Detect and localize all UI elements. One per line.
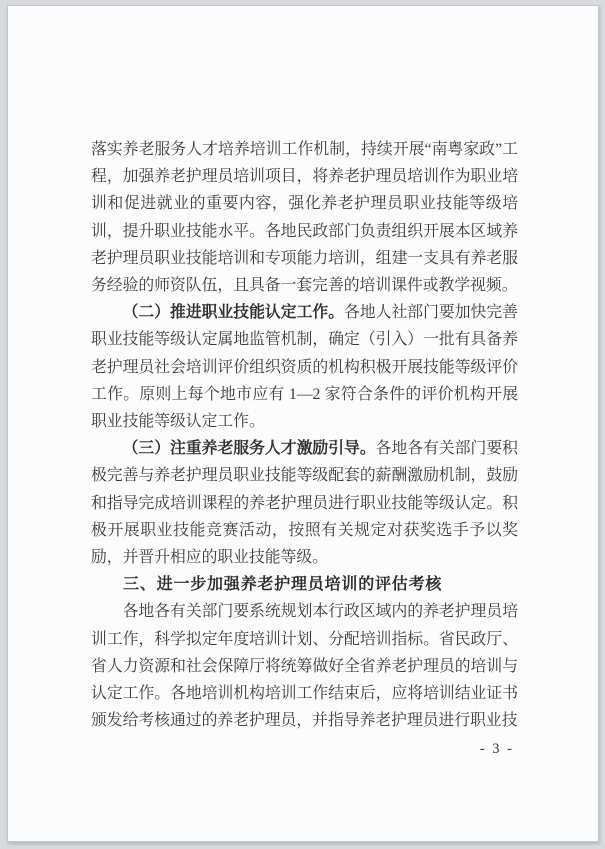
document-canvas: 落实养老服务人才培养培训工作机制，持续开展“南粤家政”工程，加强养老护理员培训项…	[0, 0, 605, 849]
page-number: - 3 -	[480, 741, 514, 758]
section-heading: 三、进一步加强养老护理员培训的评估考核	[91, 571, 518, 598]
text-block: 落实养老服务人才培养培训工作机制，持续开展“南粤家政”工程，加强养老护理员培训项…	[91, 136, 518, 734]
paragraph-lead-bold: （二）推进职业技能认定工作。	[123, 304, 344, 321]
body-paragraph: 落实养老服务人才培养培训工作机制，持续开展“南粤家政”工程，加强养老护理员培训项…	[91, 136, 518, 299]
paragraph-text: 各地人社部门要加快完善职业技能等级认定属地监管机制，确定（引入）一批有具备养老护…	[91, 304, 518, 430]
paragraph-text: 各地各有关部门要积极完善与养老护理员职业技能等级配套的薪酬激励机制，鼓励和指导完…	[91, 440, 518, 566]
document-page: 落实养老服务人才培养培训工作机制，持续开展“南粤家政”工程，加强养老护理员培训项…	[7, 5, 599, 842]
body-paragraph: （三）注重养老服务人才激励引导。各地各有关部门要积极完善与养老护理员职业技能等级…	[91, 435, 518, 571]
body-paragraph: 各地各有关部门要系统规划本行政区域内的养老护理员培训工作，科学拟定年度培训计划、…	[91, 598, 518, 734]
body-paragraph: （二）推进职业技能认定工作。各地人社部门要加快完善职业技能等级认定属地监管机制，…	[91, 299, 518, 435]
paragraph-lead-bold: （三）注重养老服务人才激励引导。	[123, 440, 376, 457]
